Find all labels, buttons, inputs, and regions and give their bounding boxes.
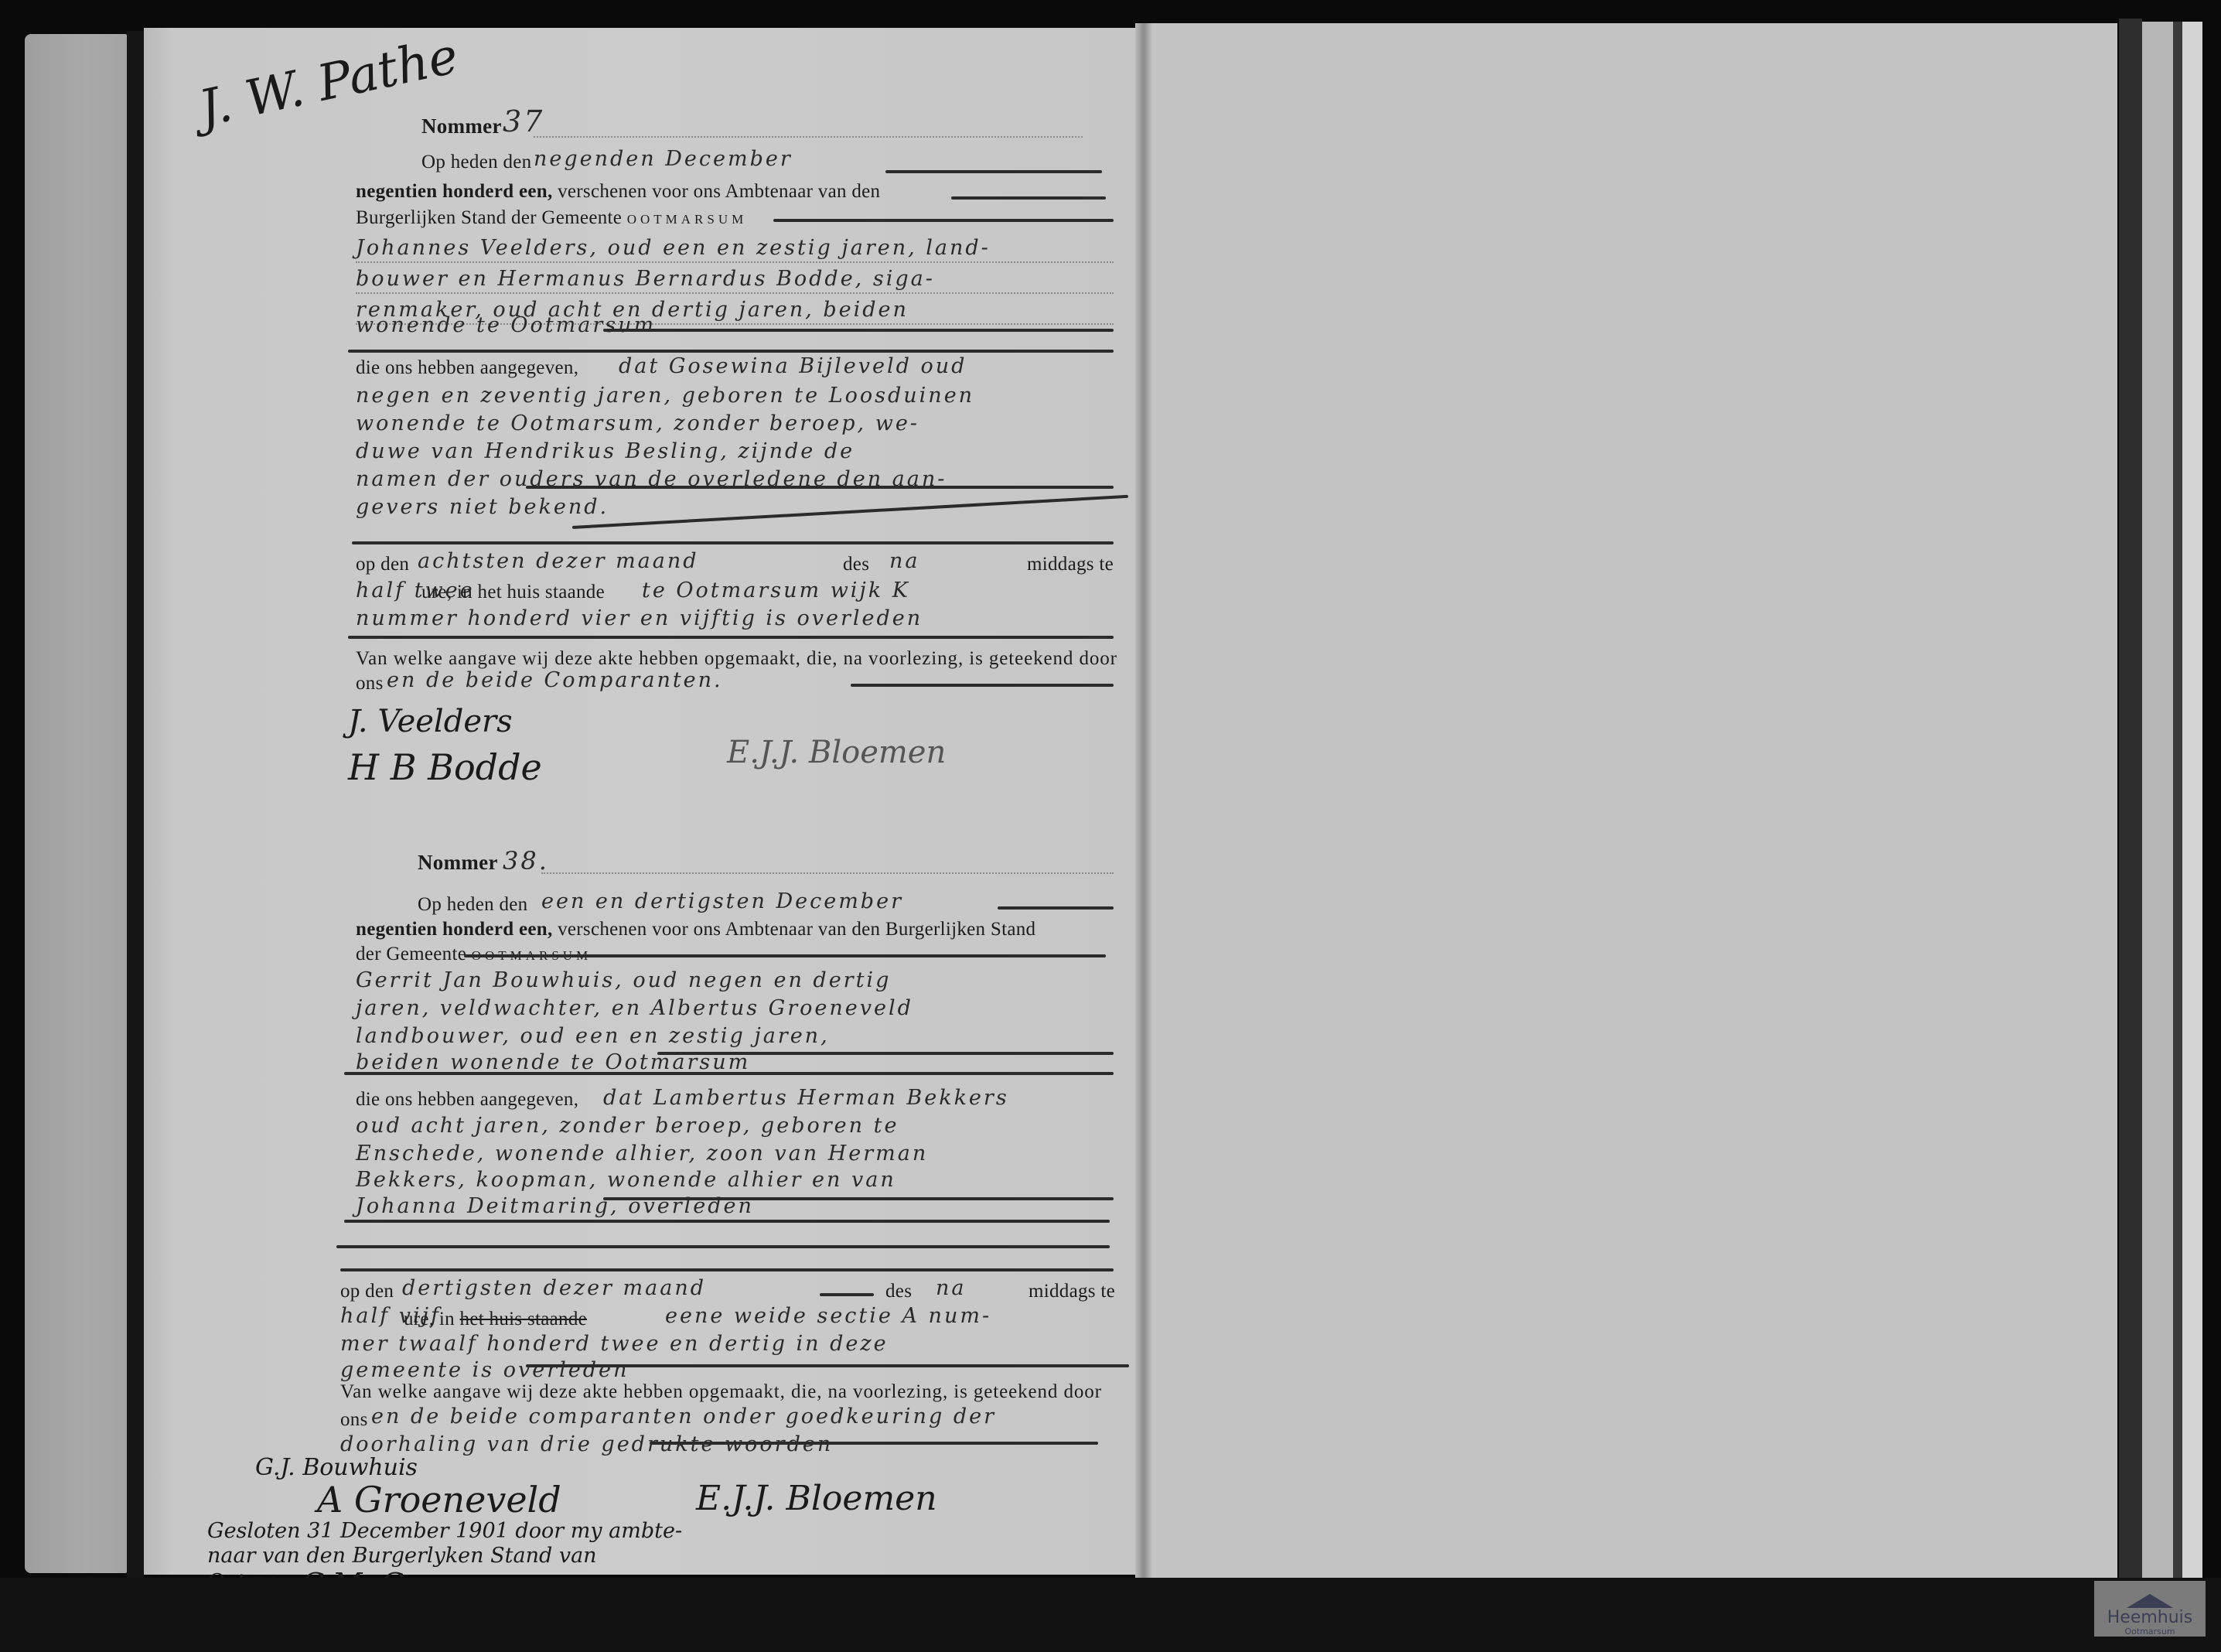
time-of-day: na [936,1276,967,1300]
printed-text: verschenen voor ons Ambtenaar van den [558,181,880,202]
rule [951,196,1106,200]
watermark-name: Heemhuis [2107,1609,2193,1626]
dotted-line [541,872,1114,874]
printed-text: Van welke aangave wij deze akte hebben o… [340,1381,1102,1403]
closing-text: en de beide Comparanten. [387,668,723,692]
rule [657,1052,1114,1055]
printed-text: ons [340,1409,368,1431]
number-label: Nommer [418,851,498,875]
declaration-line: wonende te Ootmarsum, zonder beroep, we- [356,411,919,435]
rule [340,1268,1114,1271]
printed-text: ons [356,673,384,695]
declaration-line: negen en zeventig jaren, geboren te Loos… [356,384,974,408]
printed-text: der Gemeente [356,944,466,964]
time-of-day: na [889,549,920,573]
signature: A Groeneveld [317,1479,561,1521]
death-place: nummer honderd vier en vijftig is overle… [356,606,923,630]
page-edge-shadow [2119,19,2142,1581]
page-edge [2182,22,2202,1578]
death-place: mer twaalf honderd twee en dertig in dez… [340,1332,889,1356]
printed-text: ure, in het huis staande [421,582,605,603]
declaration-line: gevers niet bekend. [356,495,609,519]
closure-line: Gesloten 31 December 1901 door my ambte- [207,1519,682,1543]
printed-text: Op heden den [421,152,531,173]
printed-text: op den [356,554,409,575]
rule [344,1220,1110,1223]
page-edge-shadow [2173,22,2182,1578]
signature: E.J.J. Bloemen [696,1479,937,1518]
rule [650,1442,1098,1445]
printed-text: negentien honderd een, verschenen voor o… [356,181,880,203]
comparant-line: bouwer en Hermanus Bernardus Bodde, siga… [356,267,935,291]
declaration-line: Bekkers, koopman, wonende alhier en van [356,1168,896,1192]
printed-text: Van welke aangave wij deze akte hebben o… [356,648,1117,670]
signature: J. Veelders [348,704,513,739]
left-stub-page [25,34,127,1573]
comparant-line: Johannes Veelders, oud een en zestig jar… [356,236,991,260]
right-blank-page [1152,23,2117,1578]
rule [603,1197,1114,1200]
printed-text: ure, in [404,1309,455,1329]
declaration-line: Enschede, wonende alhier, zoon van Herma… [356,1142,928,1166]
signature: E.J.J. Bloemen [727,735,946,770]
date-text: een en dertigsten December [541,889,903,913]
printed-text: Op heden den [418,894,527,916]
signature: G.J. Bouwhuis [255,1454,418,1481]
watermark-subtitle: Ootmarsum [2124,1626,2175,1637]
heemhuis-watermark: Heemhuis Ootmarsum [2094,1581,2206,1637]
printed-text: ure, in het huis staande [404,1309,587,1330]
entry-number: 37 [503,104,544,138]
death-place: te Ootmarsum wijk K [642,579,910,602]
printed-text: Burgerlijken Stand der Gemeente [356,207,622,228]
closing-text: en de beide comparanten onder goedkeurin… [371,1405,996,1428]
printed-text: die ons hebben aangegeven, [356,1089,578,1111]
municipality-name: OOTMARSUM [627,212,748,227]
comparant-line: landbouwer, oud een en zestig jaren, [356,1024,830,1048]
struck-text: het huis staande [460,1309,587,1329]
comparant-line: jaren, veldwachter, en Albertus Groeneve… [356,996,913,1020]
stub-fold-shadow [127,31,144,1578]
rule [885,170,1102,173]
rule [352,541,1114,544]
death-date: achtsten dezer maand [418,549,699,573]
death-place: gemeente is overleden [340,1358,629,1382]
scan-bottom-border [0,1578,2221,1652]
entry-number: 38. [503,846,549,875]
printed-text: des [885,1281,912,1302]
comparant-line: wonende te Ootmarsum [356,313,656,337]
printed-text: verschenen voor ons Ambtenaar van den Bu… [558,919,1035,940]
printed-text: die ons hebben aangegeven, [356,357,578,379]
house-roof-icon [2127,1594,2173,1608]
dotted-line [534,136,1083,138]
rule [773,219,1114,222]
signature: H B Bodde [348,746,542,788]
rule [998,906,1114,910]
printed-text: des [843,554,869,575]
book-gutter [1135,23,1152,1578]
rule [851,684,1114,687]
year-text: negentien honderd een, [356,181,553,202]
rule [464,954,1106,957]
rule [344,1072,1114,1075]
printed-text: Burgerlijken Stand der Gemeente OOTMARSU… [356,207,747,229]
death-place: eene weide sectie A num- [665,1304,991,1328]
comparant-line: Gerrit Jan Bouwhuis, oud negen en dertig [356,968,891,992]
number-label: Nommer [421,114,502,138]
year-text: negentien honderd een, [356,919,553,940]
declaration-line: oud acht jaren, zonder beroep, geboren t… [356,1114,899,1138]
rule [603,329,1114,332]
printed-text: op den [340,1281,394,1302]
declaration-line: dat Gosewina Bijleveld oud [619,354,967,378]
rule [348,636,1114,639]
death-date: dertigsten dezer maand [402,1276,706,1300]
closure-line: naar van den Burgerlyken Stand van [207,1544,597,1568]
printed-text: middags te [1027,554,1114,575]
rule [820,1293,874,1296]
page-edge [2142,22,2173,1578]
printed-text: middags te [1029,1281,1115,1302]
printed-text: negentien honderd een, verschenen voor o… [356,919,1035,940]
rule [336,1245,1110,1248]
rule [526,1364,1129,1367]
declaration-line: dat Lambertus Herman Bekkers [603,1086,1009,1110]
declaration-line: duwe van Hendrikus Besling, zijnde de [356,439,855,463]
rule [348,350,1114,353]
dotted-line [356,292,1114,294]
dotted-line [356,261,1114,263]
rule [526,486,1114,489]
date-text: negenden December [534,147,793,171]
